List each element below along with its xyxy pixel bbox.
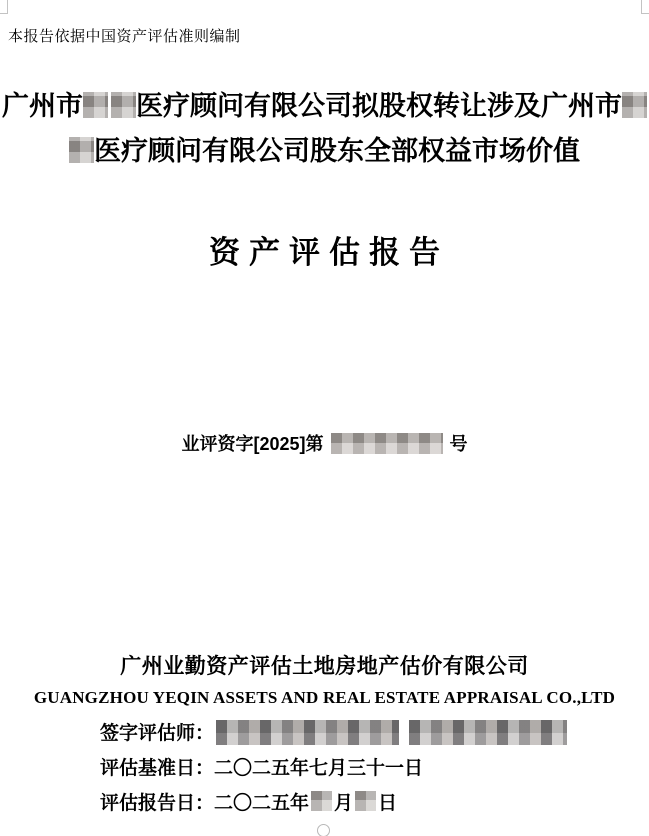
document-number-prefix: 业评资字[2025]第 [181, 434, 323, 454]
page-number-circle [317, 824, 330, 836]
title-text-segment: 医疗顾问有限公司股东全部权益市场价值 [94, 136, 580, 166]
page-corner-mark-top-right-horizontal [641, 13, 649, 14]
report-title-line-2: 医疗顾问有限公司股东全部权益市场价值 [0, 129, 649, 174]
title-text-segment: 广州市 [2, 91, 83, 121]
field-value: 二〇二五年七月三十一日 [214, 758, 423, 779]
field-label: 评估报告日： [100, 793, 214, 814]
field-valuation-base-date: 评估基准日：二〇二五年七月三十一日 [100, 755, 567, 790]
document-number: 业评资字[2025]第号 [0, 430, 649, 456]
redacted-block [111, 92, 136, 118]
field-label: 评估基准日： [100, 758, 214, 779]
redacted-block [409, 720, 567, 745]
appraisal-company-name-en: GUANGZHOU YEQIN ASSETS AND REAL ESTATE A… [0, 688, 649, 708]
redacted-block [311, 791, 332, 811]
cover-fields: 签字评估师： 评估基准日：二〇二五年七月三十一日 评估报告日：二〇二五年月日 [100, 720, 567, 825]
redacted-block [355, 791, 376, 811]
redacted-block [622, 92, 647, 118]
field-value-segment: 日 [378, 793, 397, 814]
report-type-heading: 资产评估报告 [0, 227, 649, 272]
field-label: 签字评估师： [100, 723, 214, 744]
report-title-line-1: 广州市医疗顾问有限公司拟股权转让涉及广州市 [0, 84, 649, 129]
redacted-block [216, 720, 399, 745]
field-report-date: 评估报告日：二〇二五年月日 [100, 790, 567, 825]
page-corner-mark-top-left-horizontal [0, 13, 8, 14]
standards-compliance-note: 本报告依据中国资产评估准则编制 [8, 25, 241, 46]
title-text-segment: 医疗顾问有限公司拟股权转让涉及广州市 [136, 91, 622, 121]
redacted-block [83, 92, 108, 118]
appraisal-company-name-cn: 广州业勤资产评估土地房地产估价有限公司 [0, 650, 649, 680]
page-corner-mark-top-right-vertical [641, 0, 642, 13]
redacted-block [69, 137, 94, 163]
report-cover-page: 本报告依据中国资产评估准则编制 广州市医疗顾问有限公司拟股权转让涉及广州市 医疗… [0, 0, 649, 836]
redacted-block [331, 433, 443, 454]
field-value-segment: 二〇二五年 [214, 793, 309, 814]
document-number-suffix: 号 [450, 434, 468, 454]
field-signing-appraisers: 签字评估师： [100, 720, 567, 755]
field-value-segment: 月 [334, 793, 353, 814]
page-corner-mark-top-left-vertical [7, 0, 8, 13]
report-title: 广州市医疗顾问有限公司拟股权转让涉及广州市 医疗顾问有限公司股东全部权益市场价值 [0, 84, 649, 174]
